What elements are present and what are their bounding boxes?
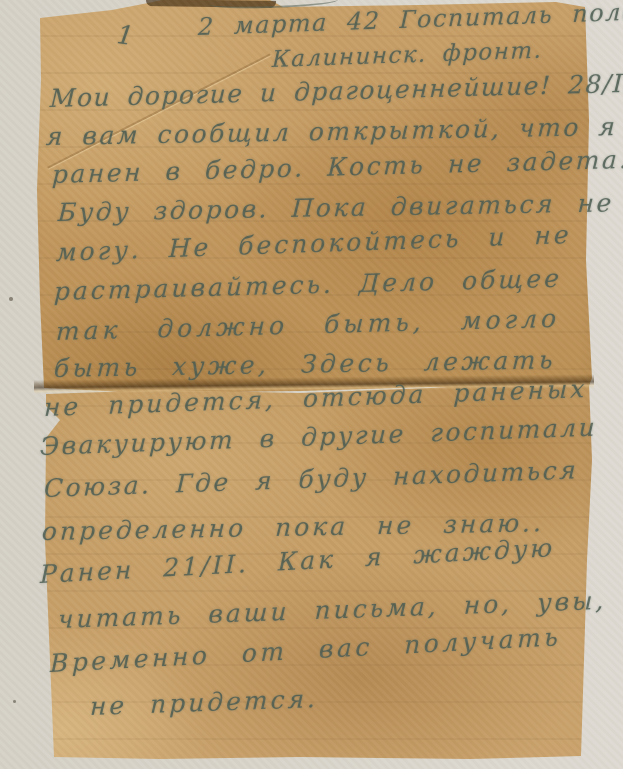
dust-speck <box>13 700 16 703</box>
dust-speck <box>9 297 13 301</box>
scan-background: 1 2 марта 42 Госпиталь полевой Калининск… <box>0 0 623 769</box>
